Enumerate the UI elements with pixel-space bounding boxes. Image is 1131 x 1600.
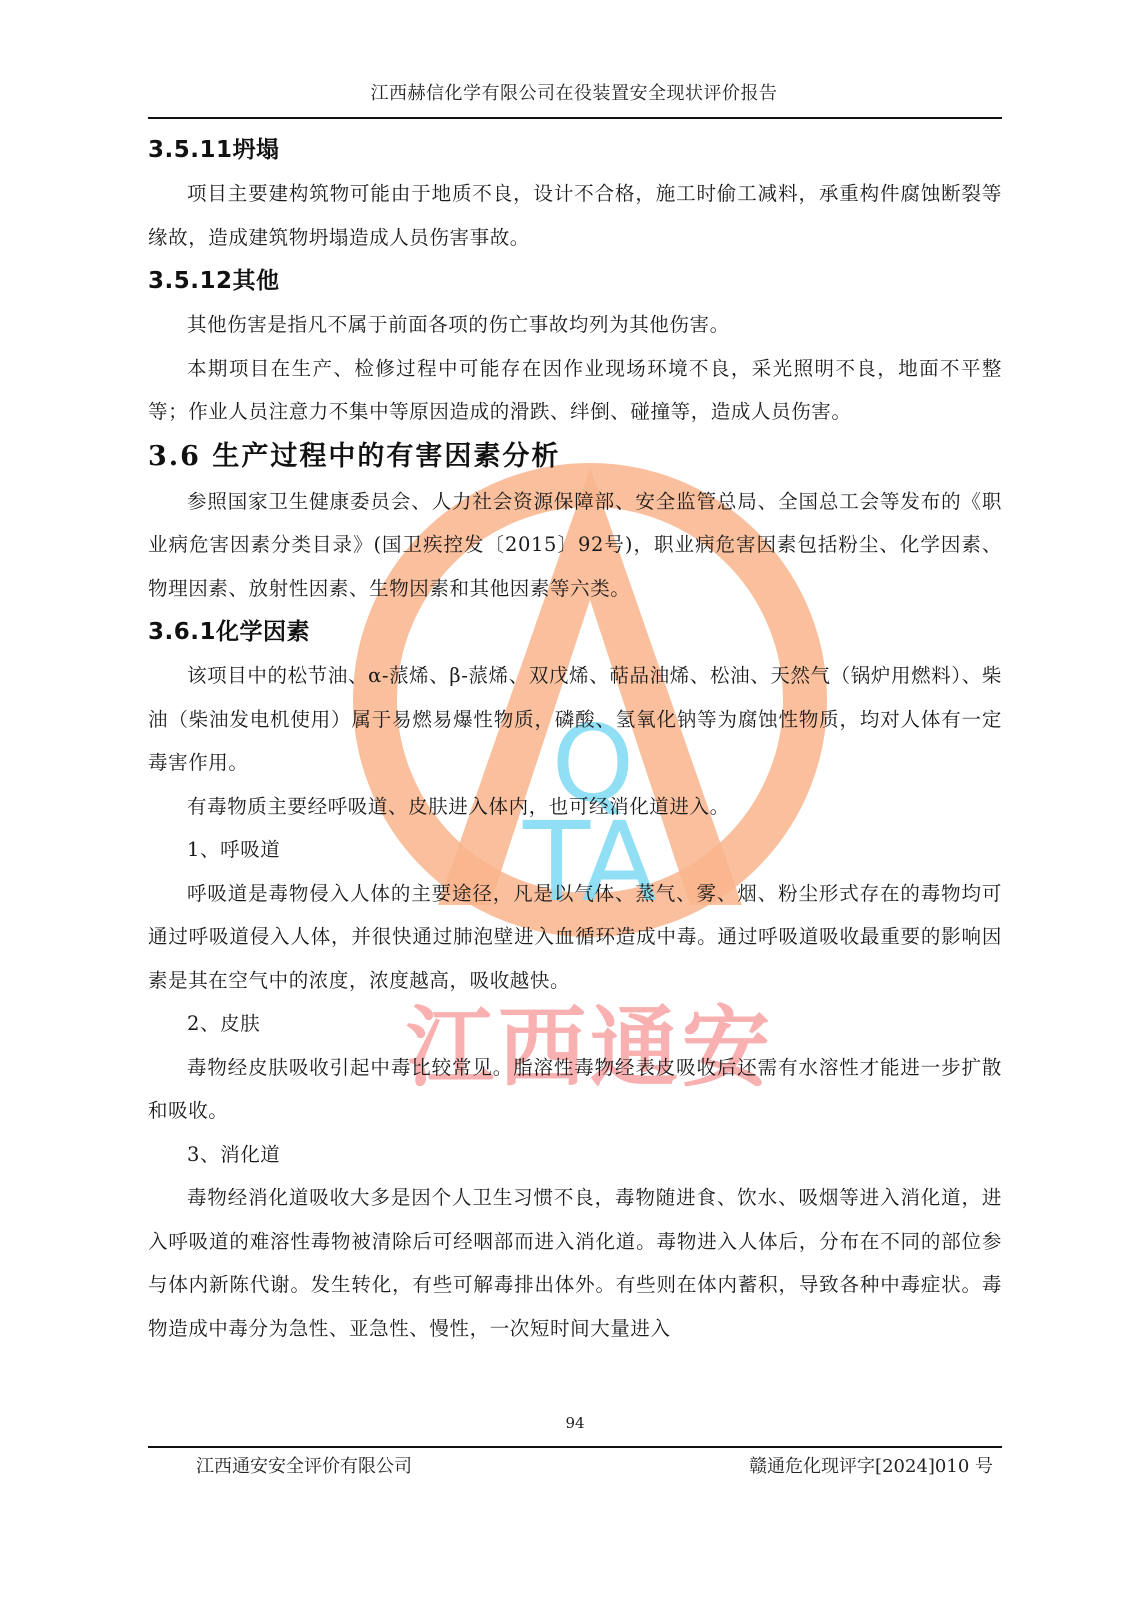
paragraph: 毒物经消化道吸收大多是因个人卫生习惯不良，毒物随进食、饮水、吸烟等进入消化道，进… [148,1176,1002,1350]
header-divider [148,117,1002,119]
paragraph: 本期项目在生产、检修过程中可能存在因作业现场环境不良，采光照明不良，地面不平整等… [148,347,1002,434]
paragraph: 参照国家卫生健康委员会、人力社会资源保障部、安全监管总局、全国总工会等发布的《职… [148,480,1002,611]
section-heading-chemical-factors: 3.6.1化学因素 [148,610,1002,654]
paragraph: 毒物经皮肤吸收引起中毒比较常见。脂溶性毒物经表皮吸收后还需有水溶性才能进一步扩散… [148,1046,1002,1133]
list-item-label-digestive: 3、消化道 [148,1133,1002,1177]
running-header-title: 江西赫信化学有限公司在役装置安全现状评价报告 [148,79,1000,105]
section-heading-other: 3.5.12其他 [148,259,1002,303]
footer-divider [148,1446,1002,1448]
document-page: Q TA 江西通安 江西赫信化学有限公司在役装置安全现状评价报告 3.5.11坍… [0,0,1131,1600]
page-content: 3.5.11坍塌 项目主要建构筑物可能由于地质不良，设计不合格，施工时偷工减料，… [148,128,1002,1350]
section-heading-collapse: 3.5.11坍塌 [148,128,1002,172]
paragraph: 该项目中的松节油、α-蒎烯、β-蒎烯、双戊烯、萜品油烯、松油、天然气（锅炉用燃料… [148,654,1002,785]
footer-company: 江西通安安全评价有限公司 [196,1452,412,1478]
list-item-label-respiratory: 1、呼吸道 [148,828,1002,872]
section-heading-harmful-factors: 3.6 生产过程中的有害因素分析 [148,434,1002,480]
page-number: 94 [148,1414,1002,1432]
list-item-label-skin: 2、皮肤 [148,1002,1002,1046]
paragraph: 其他伤害是指凡不属于前面各项的伤亡事故均列为其他伤害。 [148,303,1002,347]
paragraph: 项目主要建构筑物可能由于地质不良，设计不合格，施工时偷工减料，承重构件腐蚀断裂等… [148,172,1002,259]
paragraph: 呼吸道是毒物侵入人体的主要途径，凡是以气体、蒸气、雾、烟、粉尘形式存在的毒物均可… [148,872,1002,1003]
footer-report-number: 赣通危化现评字[2024]010 号 [749,1452,993,1478]
paragraph: 有毒物质主要经呼吸道、皮肤进入体内，也可经消化道进入。 [148,785,1002,829]
